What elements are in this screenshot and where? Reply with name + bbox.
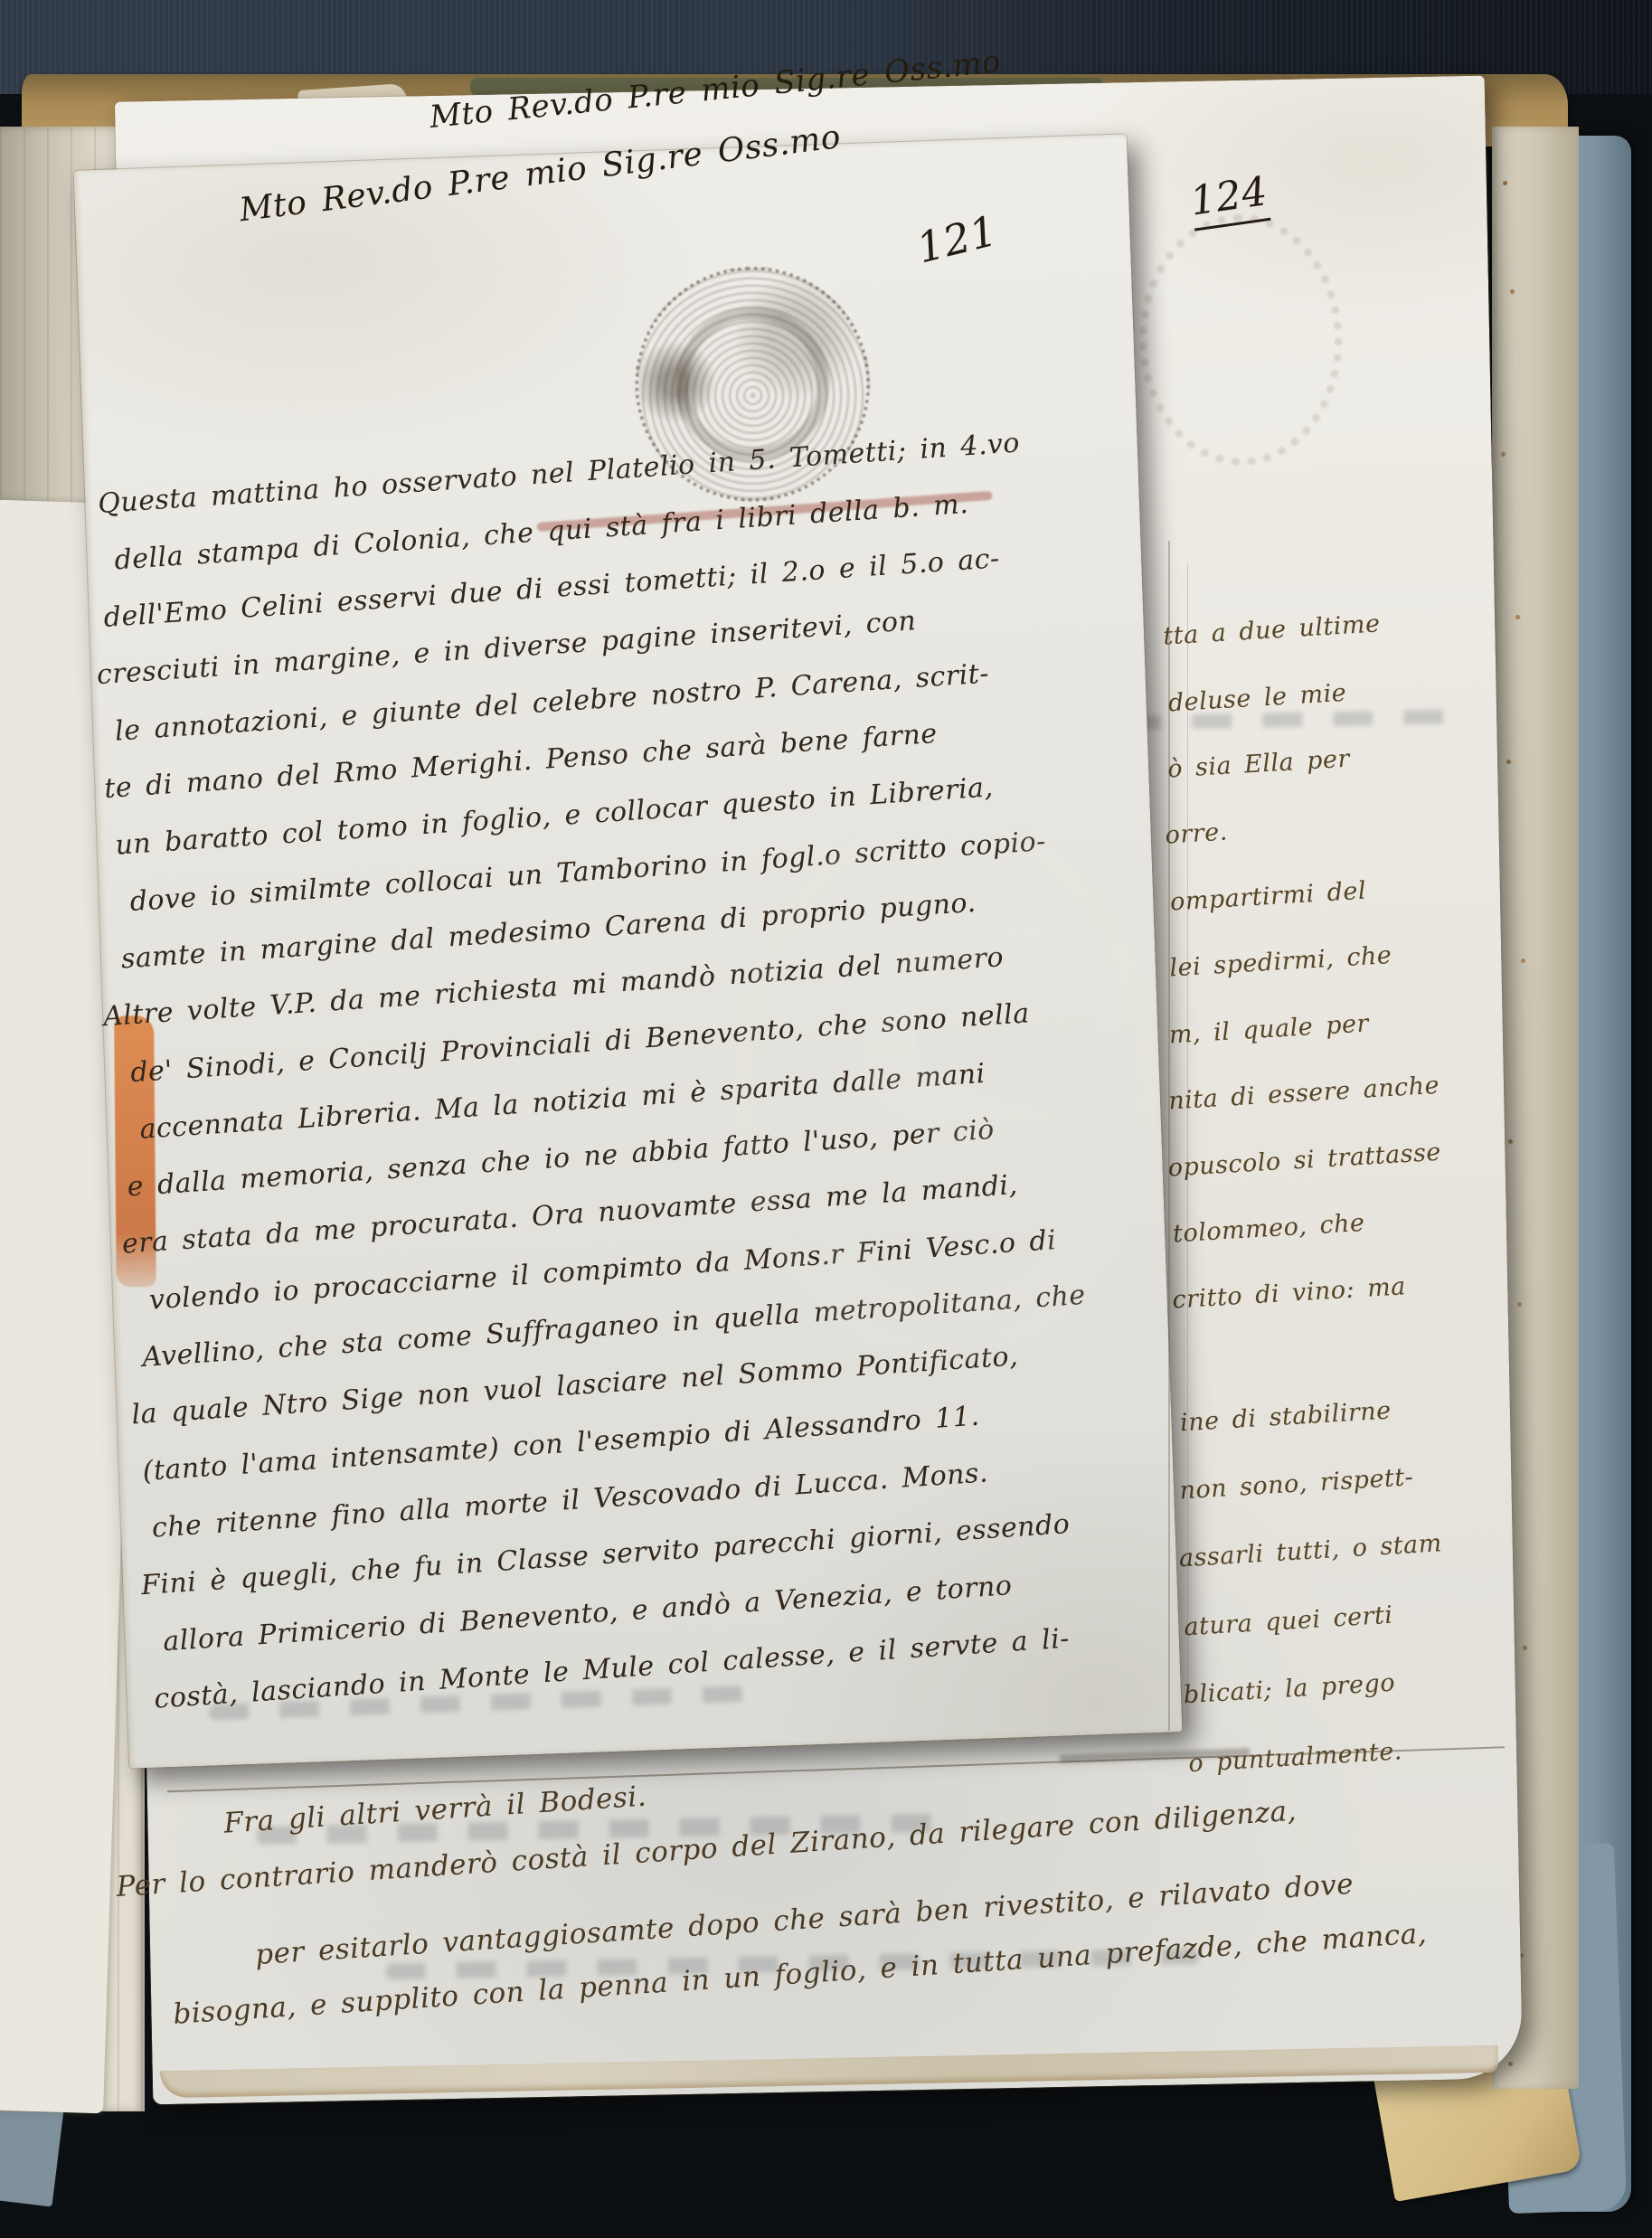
archive-photograph: Mto Rev.do P.re mio Sig.re Oss.mo 124 tt…	[0, 0, 1652, 2238]
right-fragment-line: orre.	[1165, 802, 1502, 850]
right-fragment-line: ompartirmi del	[1169, 868, 1506, 916]
right-fragment-line: blicati; la prego	[1183, 1661, 1520, 1709]
stained-bottom-edge	[160, 2045, 1498, 2098]
front-sheet: Mto Rev.do P.re mio Sig.re Oss.mo 121 Qu…	[74, 134, 1183, 1769]
right-fragment-line: ine di stabilirne	[1179, 1389, 1516, 1437]
right-fragment-line: tolommeo, che	[1172, 1200, 1509, 1248]
right-fragment-line: opuscolo si trattasse	[1167, 1135, 1505, 1183]
right-fragment-line: tta a due ultime	[1163, 603, 1500, 651]
page-number: 121	[912, 206, 1003, 273]
right-fragment-line: nita di essere anche	[1167, 1068, 1505, 1116]
right-fragment-line: assarli tutti, o stam	[1178, 1525, 1515, 1572]
right-fragment-line: non sono, rispett-	[1179, 1457, 1516, 1505]
right-fragment-line: m, il quale per	[1168, 1002, 1506, 1050]
sheet-seam	[1187, 562, 1188, 1725]
right-fragment-line: ò sia Ella per	[1166, 735, 1504, 783]
right-fragment-line: critto di vino: ma	[1172, 1267, 1509, 1315]
right-fragment-line: lei spedirmi, che	[1169, 934, 1506, 982]
sheet-seam	[1168, 541, 1170, 1731]
right-fragment-line: atura quei certi	[1184, 1593, 1521, 1641]
stamp-trace	[1138, 212, 1345, 467]
foxing-spots	[1503, 181, 1507, 185]
